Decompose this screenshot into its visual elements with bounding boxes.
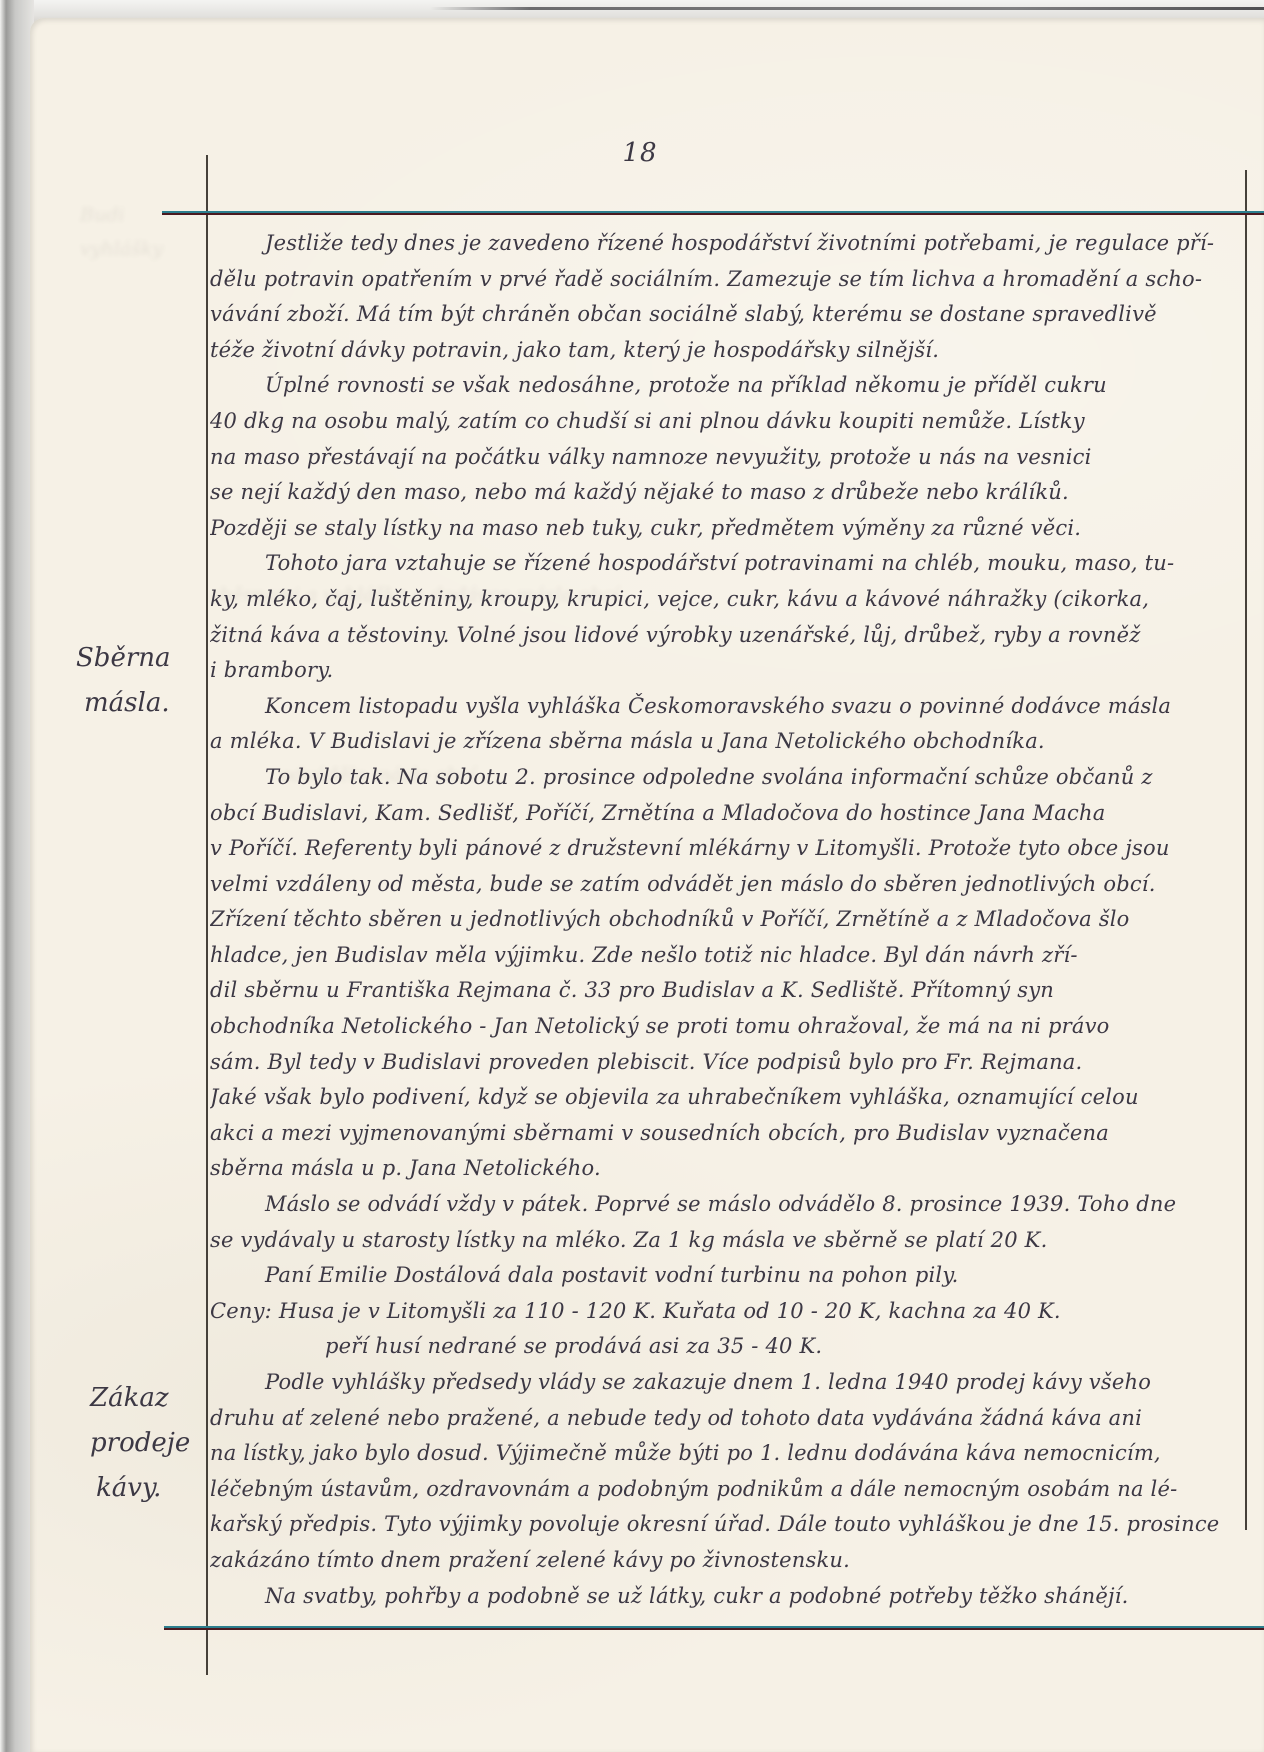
text-line: 40 dkg na osobu malý, zatím co chudší si… — [210, 404, 1240, 440]
text-line: Koncem listopadu vyšla vyhláška Českomor… — [210, 689, 1240, 725]
text-line: ky, mléko, čaj, luštěniny, kroupy, krupi… — [210, 582, 1240, 618]
body-text: Jestliže tedy dnes je zavedeno řízené ho… — [210, 226, 1240, 1626]
bottom-rule — [164, 1626, 1264, 1631]
text-line: Jestliže tedy dnes je zavedeno řízené ho… — [210, 226, 1240, 262]
page-number: 18 — [600, 138, 680, 168]
text-line: sběrna másla u p. Jana Netolického. — [210, 1151, 1240, 1187]
text-line: Na svatby, pohřby a podobně se už látky,… — [210, 1579, 1240, 1615]
text-line: i brambory. — [210, 653, 1240, 689]
top-rule — [162, 211, 1264, 216]
scan-artifact-streak — [430, 7, 1264, 10]
left-margin-line — [206, 155, 208, 1675]
margin-note-line: prodeje — [90, 1421, 190, 1466]
scanner-left-edge — [0, 0, 34, 1752]
text-line: druhu ať zelené nebo pražené, a nebude t… — [210, 1401, 1240, 1437]
text-line: vávání zboží. Má tím být chráněn občan s… — [210, 297, 1240, 333]
text-line: kařský předpis. Tyto výjimky povoluje ok… — [210, 1507, 1240, 1543]
margin-note-zakaz-prodeje-kavy: Zákazprodejekávy. — [90, 1376, 190, 1511]
bleedthrough-text: Budivyhlášky — [80, 198, 163, 266]
text-line: dělu potravin opatřením v prvé řadě soci… — [210, 262, 1240, 298]
text-line: se vydávaly u starosty lístky na mléko. … — [210, 1223, 1240, 1259]
text-line: obchodníka Netolického - Jan Netolický s… — [210, 1009, 1240, 1045]
text-line: akci a mezi vyjmenovanými sběrnami v sou… — [210, 1116, 1240, 1152]
text-line: Ceny: Husa je v Litomyšli za 110 - 120 K… — [210, 1294, 1240, 1330]
margin-note-line: Sběrna — [76, 636, 171, 681]
margin-note-line: kávy. — [90, 1466, 190, 1511]
text-line: Podle vyhlášky předsedy vlády se zakazuj… — [210, 1365, 1240, 1401]
text-line: léčebným ústavům, ozdravovnám a podobným… — [210, 1472, 1240, 1508]
text-line: hladce, jen Budislav měla výjimku. Zde n… — [210, 938, 1240, 974]
text-line: Jaké však bylo podivení, když se objevil… — [210, 1080, 1240, 1116]
margin-note-sberna-masla: Sběrnamásla. — [76, 636, 171, 726]
text-line: Úplné rovnosti se však nedosáhne, protož… — [210, 368, 1240, 404]
text-line: Tohoto jara vztahuje se řízené hospodářs… — [210, 546, 1240, 582]
text-line: se nejí každý den maso, nebo má každý ně… — [210, 475, 1240, 511]
text-line: Zřízení těchto sběren u jednotlivých obc… — [210, 902, 1240, 938]
text-line: v Poříčí. Referenty byli pánové z družst… — [210, 831, 1240, 867]
text-line: na lístky, jako bylo dosud. Výjimečně mů… — [210, 1436, 1240, 1472]
text-line: Později se staly lístky na maso neb tuky… — [210, 511, 1240, 547]
margin-note-line: másla. — [76, 681, 171, 726]
text-line: sám. Byl tedy v Budislavi proveden plebi… — [210, 1045, 1240, 1081]
text-line: zakázáno tímto dnem pražení zelené kávy … — [210, 1543, 1240, 1579]
text-line: Paní Emilie Dostálová dala postavit vodn… — [210, 1258, 1240, 1294]
text-line: velmi vzdáleny od města, bude se zatím o… — [210, 867, 1240, 903]
text-line: na maso přestávají na počátku války namn… — [210, 440, 1240, 476]
text-line: To bylo tak. Na sobotu 2. prosince odpol… — [210, 760, 1240, 796]
right-margin-line — [1245, 170, 1247, 1530]
text-line: a mléka. V Budislavi je zřízena sběrna m… — [210, 724, 1240, 760]
text-line: žitná káva a těstoviny. Volné jsou lidov… — [210, 618, 1240, 654]
text-line: peří husí nedrané se prodává asi za 35 -… — [210, 1329, 1240, 1365]
margin-note-line: Zákaz — [90, 1376, 190, 1421]
text-line: Máslo se odvádí vždy v pátek. Poprvé se … — [210, 1187, 1240, 1223]
text-line: dil sběrnu u Františka Rejmana č. 33 pro… — [210, 973, 1240, 1009]
text-line: téže životní dávky potravin, jako tam, k… — [210, 333, 1240, 369]
text-line: obcí Budislavi, Kam. Sedlišť, Poříčí, Zr… — [210, 796, 1240, 832]
